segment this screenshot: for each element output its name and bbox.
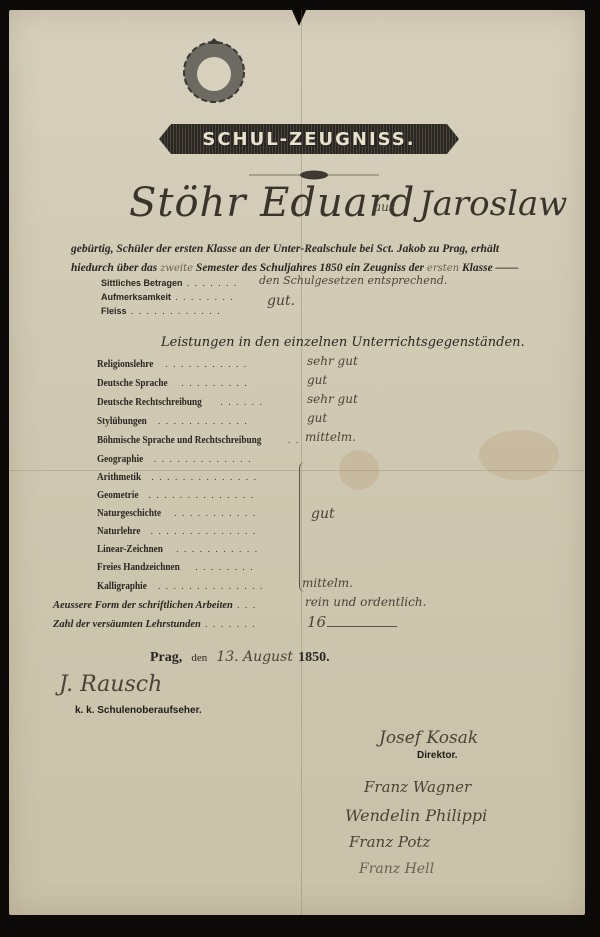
class-handwritten: ersten bbox=[427, 263, 459, 274]
subject-grade-grouped: gut bbox=[311, 506, 335, 522]
subject-grade: mittelm. bbox=[305, 430, 356, 444]
inspector-signature: J. Rausch bbox=[59, 672, 162, 697]
stain bbox=[339, 450, 379, 490]
student-name-line: Stöhr Eduard aus Jaroslaw bbox=[109, 180, 579, 230]
absence-label: Zahl der versäumten Lehrstunden bbox=[53, 619, 201, 630]
subject-grade: sehr gut bbox=[307, 354, 358, 368]
teacher-signature: Wendelin Philippi bbox=[345, 806, 487, 825]
intro-line-2: hiedurch über das zweite Semester des Sc… bbox=[71, 262, 519, 274]
absence-value: 16 bbox=[307, 613, 326, 631]
subject-label: Deutsche Sprache bbox=[97, 378, 168, 389]
subject-label: Kalligraphie bbox=[97, 581, 147, 592]
teacher-signature: Franz Hell bbox=[359, 861, 434, 877]
subject-label: Deutsche Rechtschreibung bbox=[97, 397, 202, 408]
subject-label: Freies Handzeichnen bbox=[97, 562, 180, 573]
subject-label: Böhmische Sprache und Rechtschreibung bbox=[97, 435, 261, 446]
teacher-signature: Franz Wagner bbox=[364, 778, 471, 796]
form-label: Aeussere Form der schriftlichen Arbeiten bbox=[53, 600, 233, 611]
birthplace: Jaroslaw bbox=[419, 184, 567, 224]
conduct-label: Fleiss bbox=[101, 306, 127, 316]
subject-grade: sehr gut bbox=[307, 392, 358, 406]
stain bbox=[479, 430, 559, 480]
semester-handwritten: zweite bbox=[160, 263, 193, 274]
subject-label: Linear-Zeichnen bbox=[97, 544, 163, 555]
subject-row: Naturgeschichte........... bbox=[97, 508, 260, 519]
subject-grade: gut bbox=[307, 373, 327, 387]
conduct-value: gut. bbox=[267, 293, 295, 309]
conduct-label: Aufmerksamkeit bbox=[101, 292, 171, 302]
conduct-row: Aufmerksamkeit........ bbox=[101, 292, 238, 303]
subject-row: Religionslehre........... bbox=[97, 359, 251, 370]
subject-label: Geographie bbox=[97, 454, 143, 465]
subject-row: Freies Handzeichnen........ bbox=[97, 562, 258, 573]
subject-row: Geometrie.............. bbox=[97, 490, 258, 501]
date-line: Prag, den 13. August 1850. bbox=[150, 646, 330, 666]
subject-row: Deutsche Sprache......... bbox=[97, 378, 252, 389]
date-prefix: den bbox=[191, 652, 207, 664]
absence-row: Zahl der versäumten Lehrstunden....... bbox=[53, 619, 260, 630]
subject-row: Naturlehre.............. bbox=[97, 526, 260, 537]
subject-row: Stylübungen............ bbox=[97, 416, 252, 427]
certificate-paper: SCHUL-ZEUGNISS. Stöhr Eduard aus Jarosla… bbox=[9, 10, 585, 915]
student-name: Stöhr Eduard bbox=[129, 180, 415, 226]
document-title: SCHUL-ZEUGNISS. bbox=[202, 129, 415, 150]
intro-text: ein Zeugniss der bbox=[345, 262, 424, 274]
form-value: rein und ordentlich. bbox=[305, 595, 426, 609]
subject-row: Kalligraphie.............. bbox=[97, 581, 268, 592]
emblem-seal-icon bbox=[180, 36, 248, 108]
intro-text: hiedurch über das bbox=[71, 262, 157, 274]
subject-label: Religionslehre bbox=[97, 359, 153, 370]
form-row: Aeussere Form der schriftlichen Arbeiten… bbox=[53, 600, 260, 611]
intro-line-1: gebürtig, Schüler der ersten Klasse an d… bbox=[71, 243, 499, 255]
director-signature: Josef Kosak bbox=[379, 728, 478, 748]
conduct-row: Sittliches Betragen....... bbox=[101, 278, 242, 289]
subject-label: Naturgeschichte bbox=[97, 508, 161, 519]
subject-label: Naturlehre bbox=[97, 526, 140, 537]
title-banner: SCHUL-ZEUGNISS. bbox=[159, 124, 459, 154]
year: 1850. bbox=[298, 650, 330, 665]
ornament-divider-icon bbox=[249, 170, 379, 180]
subject-grade: mittelm. bbox=[302, 576, 353, 590]
absence-underline bbox=[327, 626, 397, 627]
teacher-signature: Franz Potz bbox=[349, 833, 430, 851]
conduct-label: Sittliches Betragen bbox=[101, 278, 183, 288]
subject-row: Geographie............. bbox=[97, 454, 256, 465]
subject-label: Stylübungen bbox=[97, 416, 147, 427]
conduct-value: den Schulgesetzen entsprechend. bbox=[259, 274, 447, 287]
date-handwritten: 13. August bbox=[216, 649, 293, 665]
inspector-role: k. k. Schulenoberaufseher. bbox=[75, 705, 202, 716]
subjects-heading: Leistungen in den einzelnen Unterrichtsg… bbox=[161, 335, 525, 350]
place: Prag, bbox=[150, 650, 182, 665]
conduct-row: Fleiss............ bbox=[101, 306, 225, 317]
subject-row: Deutsche Rechtschreibung...... bbox=[97, 397, 267, 408]
paper-tear bbox=[291, 8, 307, 26]
intro-text: Semester des Schuljahres 1850 bbox=[196, 262, 343, 274]
subject-row: Böhmische Sprache und Rechtschreibung.. bbox=[97, 435, 304, 446]
subject-row: Linear-Zeichnen........... bbox=[97, 544, 262, 555]
grouping-brace bbox=[299, 462, 308, 592]
subject-row: Arithmetik.............. bbox=[97, 472, 261, 483]
subject-label: Arithmetik bbox=[97, 472, 141, 483]
subject-label: Geometrie bbox=[97, 490, 139, 501]
intro-text: Klasse —— bbox=[462, 262, 519, 274]
name-connector: aus bbox=[374, 200, 395, 214]
director-role: Direktor. bbox=[417, 750, 458, 761]
subject-grade: gut bbox=[307, 411, 327, 425]
